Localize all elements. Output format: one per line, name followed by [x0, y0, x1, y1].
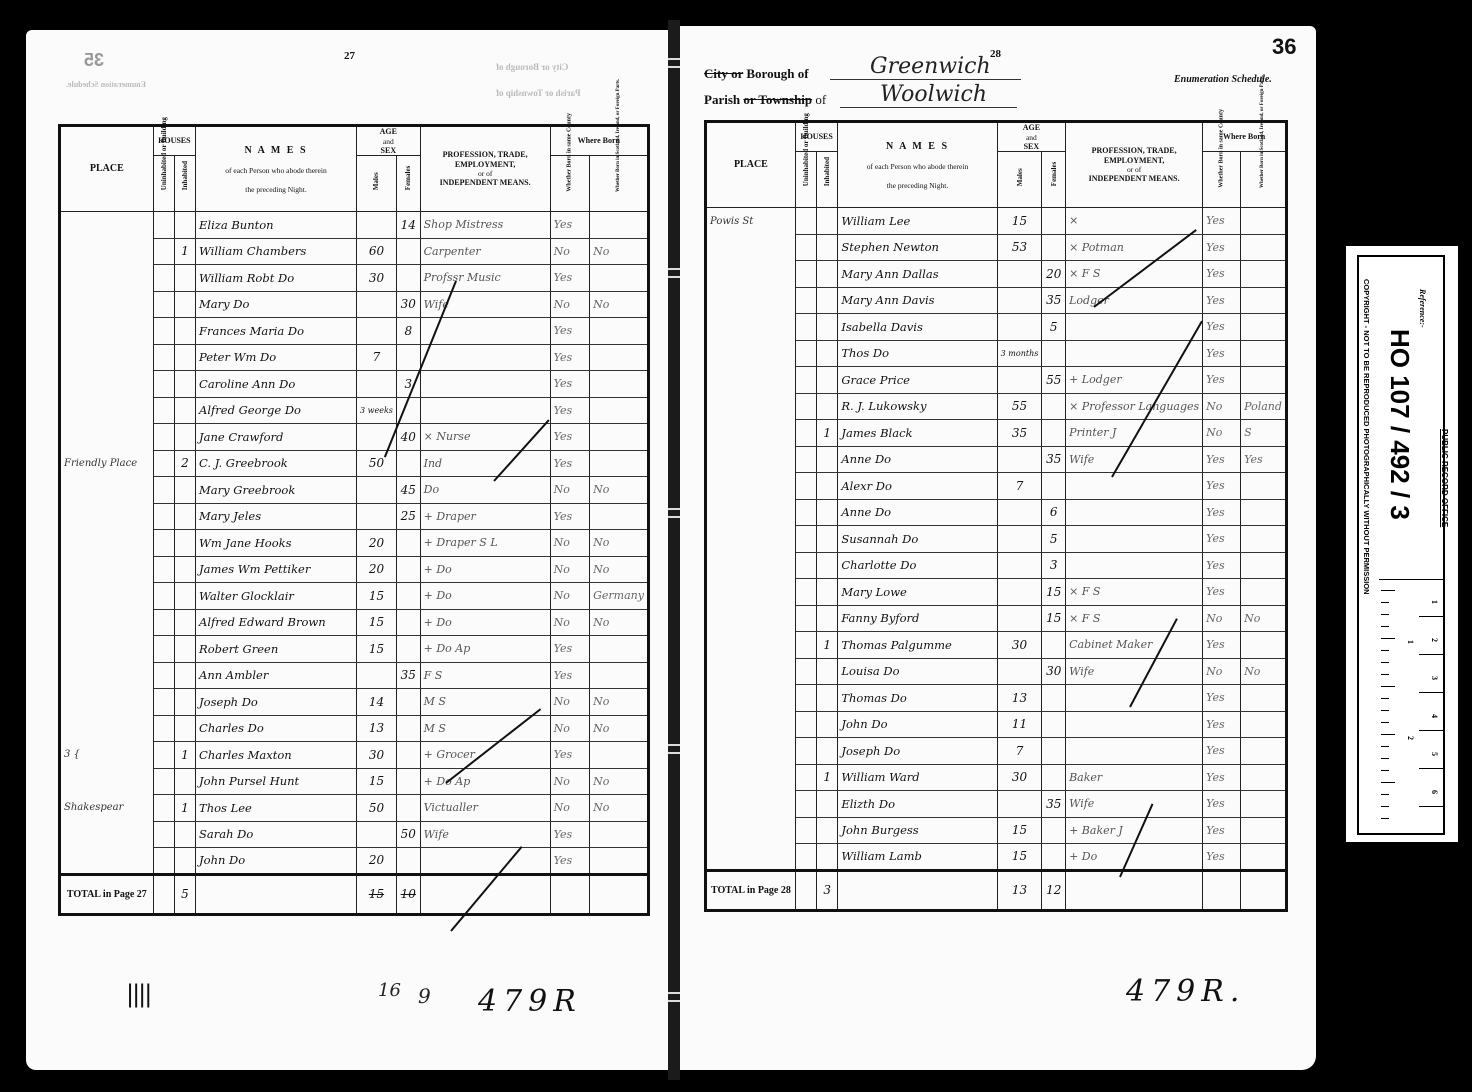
place-cell [60, 397, 154, 424]
born-foreign-cell [1241, 208, 1287, 235]
inhabited-cell [174, 768, 195, 795]
census-row: Charlotte Do3Yes [706, 552, 1287, 579]
born-county-cell: Yes [550, 742, 589, 769]
inhabited-cell [174, 556, 195, 583]
female-age-cell [1042, 738, 1066, 765]
uninhabited-cell [153, 768, 174, 795]
born-county-cell: Yes [550, 265, 589, 292]
occupation-cell: + Do [420, 583, 550, 610]
uninhabited-cell [153, 821, 174, 848]
name-cell: R. J. Lukowsky [838, 393, 997, 420]
occupation-cell: Lodger [1066, 287, 1203, 314]
name-cell: Anne Do [838, 499, 997, 526]
female-age-cell [1042, 234, 1066, 261]
scale-minor-tick [1381, 602, 1389, 603]
born-county-cell: Yes [1203, 764, 1241, 791]
born-county-cell: No [1203, 420, 1241, 447]
born-county-cell: No [1203, 658, 1241, 685]
inhabited-cell [817, 685, 838, 712]
total-names [838, 870, 997, 910]
uninhabited-cell [795, 658, 816, 685]
born-county-cell: Yes [550, 212, 589, 239]
occupation-cell: Carpenter [420, 238, 550, 265]
census-row: Elizth Do35WifeYes [706, 791, 1287, 818]
male-age-cell: 35 [997, 420, 1042, 447]
male-age-cell [997, 499, 1042, 526]
occupation-cell: Victualler [420, 795, 550, 822]
place-cell [60, 609, 154, 636]
born-county-cell: Yes [1203, 287, 1241, 314]
inhabited-cell [817, 393, 838, 420]
scale-minor-tick [1381, 782, 1395, 783]
col-inhabited: Inhabited [817, 152, 838, 208]
place-cell [60, 503, 154, 530]
born-county-cell: Yes [550, 821, 589, 848]
born-foreign-cell [590, 265, 649, 292]
uninhabited-cell [153, 450, 174, 477]
name-cell: Mary Jeles [196, 503, 357, 530]
inhabited-cell [174, 397, 195, 424]
place-cell [60, 318, 154, 345]
born-county-cell: No [550, 477, 589, 504]
col-profession: PROFESSION, TRADE,EMPLOYMENT,or ofINDEPE… [1066, 122, 1203, 208]
census-row: Alfred Edward Brown15+ DoNoNo [60, 609, 649, 636]
place-cell [60, 636, 154, 663]
born-foreign-cell [590, 424, 649, 451]
born-county-cell: Yes [550, 450, 589, 477]
born-county-cell: Yes [1203, 208, 1241, 235]
place-cell [60, 689, 154, 716]
name-cell: Thos Do [838, 340, 997, 367]
female-age-cell: 6 [1042, 499, 1066, 526]
occupation-cell: × [1066, 208, 1203, 235]
total-inhabited: 5 [174, 874, 195, 914]
scale-tick-label: 4 [1430, 714, 1439, 718]
male-age-cell: 30 [997, 764, 1042, 791]
male-age-cell: 15 [997, 844, 1042, 871]
piece-reference-number: 479R. [1126, 974, 1245, 1009]
female-age-cell [396, 238, 420, 265]
male-age-cell: 14 [357, 689, 397, 716]
born-county-cell: Yes [550, 848, 589, 875]
place-cell [60, 583, 154, 610]
born-foreign-cell [590, 848, 649, 875]
inhabited-cell [174, 318, 195, 345]
place-cell [60, 212, 154, 239]
uninhabited-cell [795, 844, 816, 871]
name-cell: Joseph Do [838, 738, 997, 765]
female-age-cell: 30 [1042, 658, 1066, 685]
born-foreign-cell [1241, 579, 1287, 606]
female-age-cell [1042, 473, 1066, 500]
male-age-cell: 3 weeks [357, 397, 397, 424]
name-cell: Ann Ambler [196, 662, 357, 689]
place-cell [706, 738, 796, 765]
inhabited-cell [174, 424, 195, 451]
uninhabited-cell [795, 764, 816, 791]
female-age-cell: 50 [396, 821, 420, 848]
inhabited-cell [174, 212, 195, 239]
born-county-cell: No [1203, 393, 1241, 420]
male-age-cell: 30 [357, 265, 397, 292]
inhabited-cell: 1 [174, 238, 195, 265]
bleed-through-text: City or Borough of [496, 62, 568, 72]
place-cell [706, 473, 796, 500]
female-age-cell: 14 [396, 212, 420, 239]
place-cell [706, 685, 796, 712]
census-row: John Do20Yes [60, 848, 649, 875]
name-cell: Eliza Bunton [196, 212, 357, 239]
born-foreign-cell: No [590, 795, 649, 822]
inhabited-cell [817, 579, 838, 606]
reference-number: HO 107 / 492 / 3 [1384, 329, 1415, 520]
born-county-cell: Yes [1203, 685, 1241, 712]
female-age-cell [1042, 685, 1066, 712]
place-cell [60, 848, 154, 875]
occupation-cell [420, 848, 550, 875]
place-cell [706, 764, 796, 791]
name-cell: Stephen Newton [838, 234, 997, 261]
name-cell: James Black [838, 420, 997, 447]
place-cell [706, 287, 796, 314]
occupation-cell: + Do Ap [420, 636, 550, 663]
born-county-cell: Yes [1203, 738, 1241, 765]
col-born-foreign: Whether Born in Scotland, Ireland, or Fo… [1241, 152, 1287, 208]
census-row: Alfred George Do3 weeksYes [60, 397, 649, 424]
occupation-cell [1066, 473, 1203, 500]
born-foreign-cell: Germany [590, 583, 649, 610]
female-age-cell [396, 265, 420, 292]
born-foreign-cell [590, 344, 649, 371]
col-born-county: Whether Born in same County [1203, 152, 1241, 208]
male-age-cell: 20 [357, 848, 397, 875]
inhabited-cell [817, 605, 838, 632]
place-cell [60, 768, 154, 795]
inhabited-cell [817, 234, 838, 261]
scale-minor-tick [1381, 650, 1389, 651]
female-age-cell [396, 344, 420, 371]
born-county-cell: Yes [550, 424, 589, 451]
name-cell: Wm Jane Hooks [196, 530, 357, 557]
census-row: James Wm Pettiker20+ DoNoNo [60, 556, 649, 583]
right-page: 28 36 City or Borough of Greenwich Paris… [680, 26, 1316, 1070]
place-cell [706, 446, 796, 473]
place-cell [706, 658, 796, 685]
born-county-cell: Yes [1203, 446, 1241, 473]
female-age-cell [396, 450, 420, 477]
uninhabited-cell [795, 473, 816, 500]
reference-label: Reference:- [1418, 289, 1427, 328]
female-age-cell [396, 689, 420, 716]
inhabited-cell [817, 473, 838, 500]
inhabited-cell [174, 371, 195, 398]
scale-minor-tick [1381, 674, 1389, 675]
census-row: Frances Maria Do8Yes [60, 318, 649, 345]
place-cell [60, 530, 154, 557]
inhabited-cell [817, 526, 838, 553]
female-age-cell [396, 556, 420, 583]
uninhabited-cell [795, 791, 816, 818]
female-age-cell: 35 [1042, 791, 1066, 818]
male-age-cell: 15 [357, 636, 397, 663]
inhabited-cell [174, 636, 195, 663]
total-inhabited: 3 [817, 870, 838, 910]
uninhabited-cell [153, 503, 174, 530]
male-age-cell [997, 658, 1042, 685]
occupation-cell: Wife [420, 291, 550, 318]
male-age-cell [997, 314, 1042, 341]
census-row: Robert Green15+ Do ApYes [60, 636, 649, 663]
inhabited-cell [817, 844, 838, 871]
place-cell [706, 340, 796, 367]
born-foreign-cell: No [590, 556, 649, 583]
place-cell [706, 314, 796, 341]
born-foreign-cell: No [590, 477, 649, 504]
occupation-cell: + Do [420, 556, 550, 583]
measurement-scale: 12345612 [1379, 579, 1445, 829]
born-foreign-cell [590, 636, 649, 663]
born-county-cell: No [550, 768, 589, 795]
born-foreign-cell [1241, 367, 1287, 394]
born-foreign-cell: No [590, 291, 649, 318]
bleed-through-text: Parish or Township of [496, 88, 581, 98]
folio-stamp: 36 [1272, 34, 1296, 60]
inhabited-cell: 1 [174, 742, 195, 769]
inhabited-cell [174, 583, 195, 610]
uninhabited-cell [795, 340, 816, 367]
inhabited-cell [174, 530, 195, 557]
occupation-cell [1066, 499, 1203, 526]
born-county-cell: Yes [1203, 234, 1241, 261]
male-age-cell [357, 424, 397, 451]
scale-inch-label: 2 [1406, 736, 1415, 740]
name-cell: Jane Crawford [196, 424, 357, 451]
born-foreign-cell [1241, 738, 1287, 765]
tally-marks: |||| [126, 980, 150, 1008]
born-county-cell: Yes [1203, 261, 1241, 288]
born-county-cell: No [550, 583, 589, 610]
born-county-cell: Yes [1203, 314, 1241, 341]
census-row: Eliza Bunton14Shop MistressYes [60, 212, 649, 239]
census-row: Mary Do30WifeNoNo [60, 291, 649, 318]
female-age-cell [1042, 711, 1066, 738]
occupation-cell [1066, 738, 1203, 765]
male-age-cell [997, 261, 1042, 288]
born-county-cell: Yes [550, 662, 589, 689]
female-age-cell: 5 [1042, 314, 1066, 341]
inhabited-cell [817, 446, 838, 473]
scale-tick [1419, 806, 1445, 807]
col-place: PLACE [706, 122, 796, 208]
born-foreign-cell [1241, 817, 1287, 844]
inhabited-cell [174, 821, 195, 848]
born-foreign-cell [1241, 287, 1287, 314]
male-age-cell: 7 [997, 738, 1042, 765]
born-county-cell: Yes [1203, 367, 1241, 394]
born-foreign-cell [1241, 526, 1287, 553]
place-cell [706, 393, 796, 420]
col-where-born: Where Born [550, 126, 648, 156]
born-county-cell: Yes [550, 344, 589, 371]
place-cell: Shakespear [60, 795, 154, 822]
census-row: Susannah Do5Yes [706, 526, 1287, 553]
scale-minor-tick [1381, 794, 1389, 795]
male-age-cell [997, 446, 1042, 473]
inhabited-cell [817, 552, 838, 579]
inhabited-cell [817, 658, 838, 685]
scale-inch-label: 1 [1406, 640, 1415, 644]
census-row: Jane Crawford40× NurseYes [60, 424, 649, 451]
scale-minor-tick [1381, 734, 1395, 735]
occupation-cell [1066, 711, 1203, 738]
census-row: William Lamb15+ DoYes [706, 844, 1287, 871]
scale-minor-tick [1381, 698, 1389, 699]
born-foreign-cell: No [590, 238, 649, 265]
born-foreign-cell [1241, 499, 1287, 526]
uninhabited-cell [153, 795, 174, 822]
col-where-born: Where Born [1203, 122, 1287, 152]
uninhabited-cell [153, 477, 174, 504]
female-age-cell [396, 795, 420, 822]
name-cell: William Robt Do [196, 265, 357, 292]
uninhabited-cell [153, 636, 174, 663]
place-cell [706, 711, 796, 738]
uninhabited-cell [153, 530, 174, 557]
scale-minor-tick [1381, 638, 1395, 639]
female-age-cell: 35 [1042, 287, 1066, 314]
name-cell: John Burgess [838, 817, 997, 844]
census-row: Mary Ann Davis35LodgerYes [706, 287, 1287, 314]
uninhabited-cell [795, 685, 816, 712]
census-row: John Burgess15+ Baker JYes [706, 817, 1287, 844]
male-age-cell: 15 [997, 208, 1042, 235]
parish-value: Woolwich [840, 82, 1017, 108]
male-age-cell [997, 579, 1042, 606]
male-age-cell [997, 287, 1042, 314]
name-cell: Sarah Do [196, 821, 357, 848]
place-cell [60, 291, 154, 318]
census-row: Joseph Do7Yes [706, 738, 1287, 765]
copyright-notice: COPYRIGHT - NOT TO BE REPRODUCED PHOTOGR… [1362, 279, 1371, 595]
born-foreign-cell [590, 318, 649, 345]
male-age-cell [997, 552, 1042, 579]
occupation-cell: F S [420, 662, 550, 689]
female-age-cell: 30 [396, 291, 420, 318]
inhabited-cell: 1 [817, 420, 838, 447]
female-age-cell [396, 742, 420, 769]
born-foreign-cell [590, 212, 649, 239]
census-row: Friendly Place2C. J. Greebrook50IndYes [60, 450, 649, 477]
name-cell: Charles Maxton [196, 742, 357, 769]
name-cell: Alfred Edward Brown [196, 609, 357, 636]
col-place: PLACE [60, 126, 154, 212]
inhabited-cell [817, 287, 838, 314]
inhabited-cell [174, 609, 195, 636]
col-females: Females [396, 156, 420, 212]
born-foreign-cell [590, 450, 649, 477]
col-uninhabited: Uninhabited or Building [795, 152, 816, 208]
born-foreign-cell [1241, 473, 1287, 500]
name-cell: Fanny Byford [838, 605, 997, 632]
corrected-total-females: 9 [418, 984, 431, 1008]
col-names: N A M E Sof each Person who abode therei… [196, 126, 357, 212]
born-foreign-cell [590, 662, 649, 689]
female-age-cell [1042, 632, 1066, 659]
name-cell: Frances Maria Do [196, 318, 357, 345]
inhabited-cell [817, 340, 838, 367]
born-county-cell: Yes [550, 636, 589, 663]
total-profession [420, 874, 550, 914]
female-age-cell [1042, 340, 1066, 367]
inhabited-cell [174, 662, 195, 689]
name-cell: William Chambers [196, 238, 357, 265]
col-names: N A M E Sof each Person who abode therei… [838, 122, 997, 208]
born-foreign-cell: No [590, 689, 649, 716]
census-table-right: PLACE HOUSES N A M E Sof each Person who… [704, 120, 1288, 912]
occupation-cell: Profssr Music [420, 265, 550, 292]
uninhabited-cell [795, 738, 816, 765]
total-label: TOTAL in Page 27 [60, 874, 154, 914]
male-age-cell [357, 371, 397, 398]
female-age-cell [396, 530, 420, 557]
census-row: Louisa Do30WifeNoNo [706, 658, 1287, 685]
census-row: Caroline Ann Do3Yes [60, 371, 649, 398]
name-cell: Thomas Do [838, 685, 997, 712]
uninhabited-cell [153, 265, 174, 292]
name-cell: Thomas Palgumme [838, 632, 997, 659]
female-age-cell [396, 609, 420, 636]
place-cell [706, 526, 796, 553]
occupation-cell: + Draper [420, 503, 550, 530]
female-age-cell: 20 [1042, 261, 1066, 288]
born-foreign-cell [1241, 340, 1287, 367]
scale-tick [1419, 654, 1445, 655]
born-foreign-cell [590, 742, 649, 769]
uninhabited-cell [153, 848, 174, 875]
occupation-cell: M S [420, 715, 550, 742]
occupation-cell: Wife [1066, 658, 1203, 685]
uninhabited-cell [153, 715, 174, 742]
male-age-cell: 11 [997, 711, 1042, 738]
scale-tick-label: 1 [1430, 600, 1439, 604]
total-profession [1066, 870, 1203, 910]
inhabited-cell [174, 291, 195, 318]
name-cell: Elizth Do [838, 791, 997, 818]
name-cell: Mary Do [196, 291, 357, 318]
name-cell: John Do [196, 848, 357, 875]
uninhabited-cell [153, 344, 174, 371]
female-age-cell: 35 [1042, 446, 1066, 473]
male-age-cell: 3 months [997, 340, 1042, 367]
occupation-cell: × F S [1066, 579, 1203, 606]
name-cell: James Wm Pettiker [196, 556, 357, 583]
born-foreign-cell: No [590, 609, 649, 636]
uninhabited-cell [153, 318, 174, 345]
scale-minor-tick [1381, 626, 1389, 627]
scale-tick-label: 6 [1430, 790, 1439, 794]
place-cell [706, 844, 796, 871]
name-cell: Charles Do [196, 715, 357, 742]
occupation-cell: Wife [1066, 446, 1203, 473]
uninhabited-cell [153, 662, 174, 689]
scale-tick-label: 3 [1430, 676, 1439, 680]
male-age-cell: 55 [997, 393, 1042, 420]
census-row: Mary Lowe15× F SYes [706, 579, 1287, 606]
name-cell: Alfred George Do [196, 397, 357, 424]
name-cell: Mary Lowe [838, 579, 997, 606]
occupation-cell: Wife [420, 821, 550, 848]
scale-tick-label: 2 [1430, 638, 1439, 642]
